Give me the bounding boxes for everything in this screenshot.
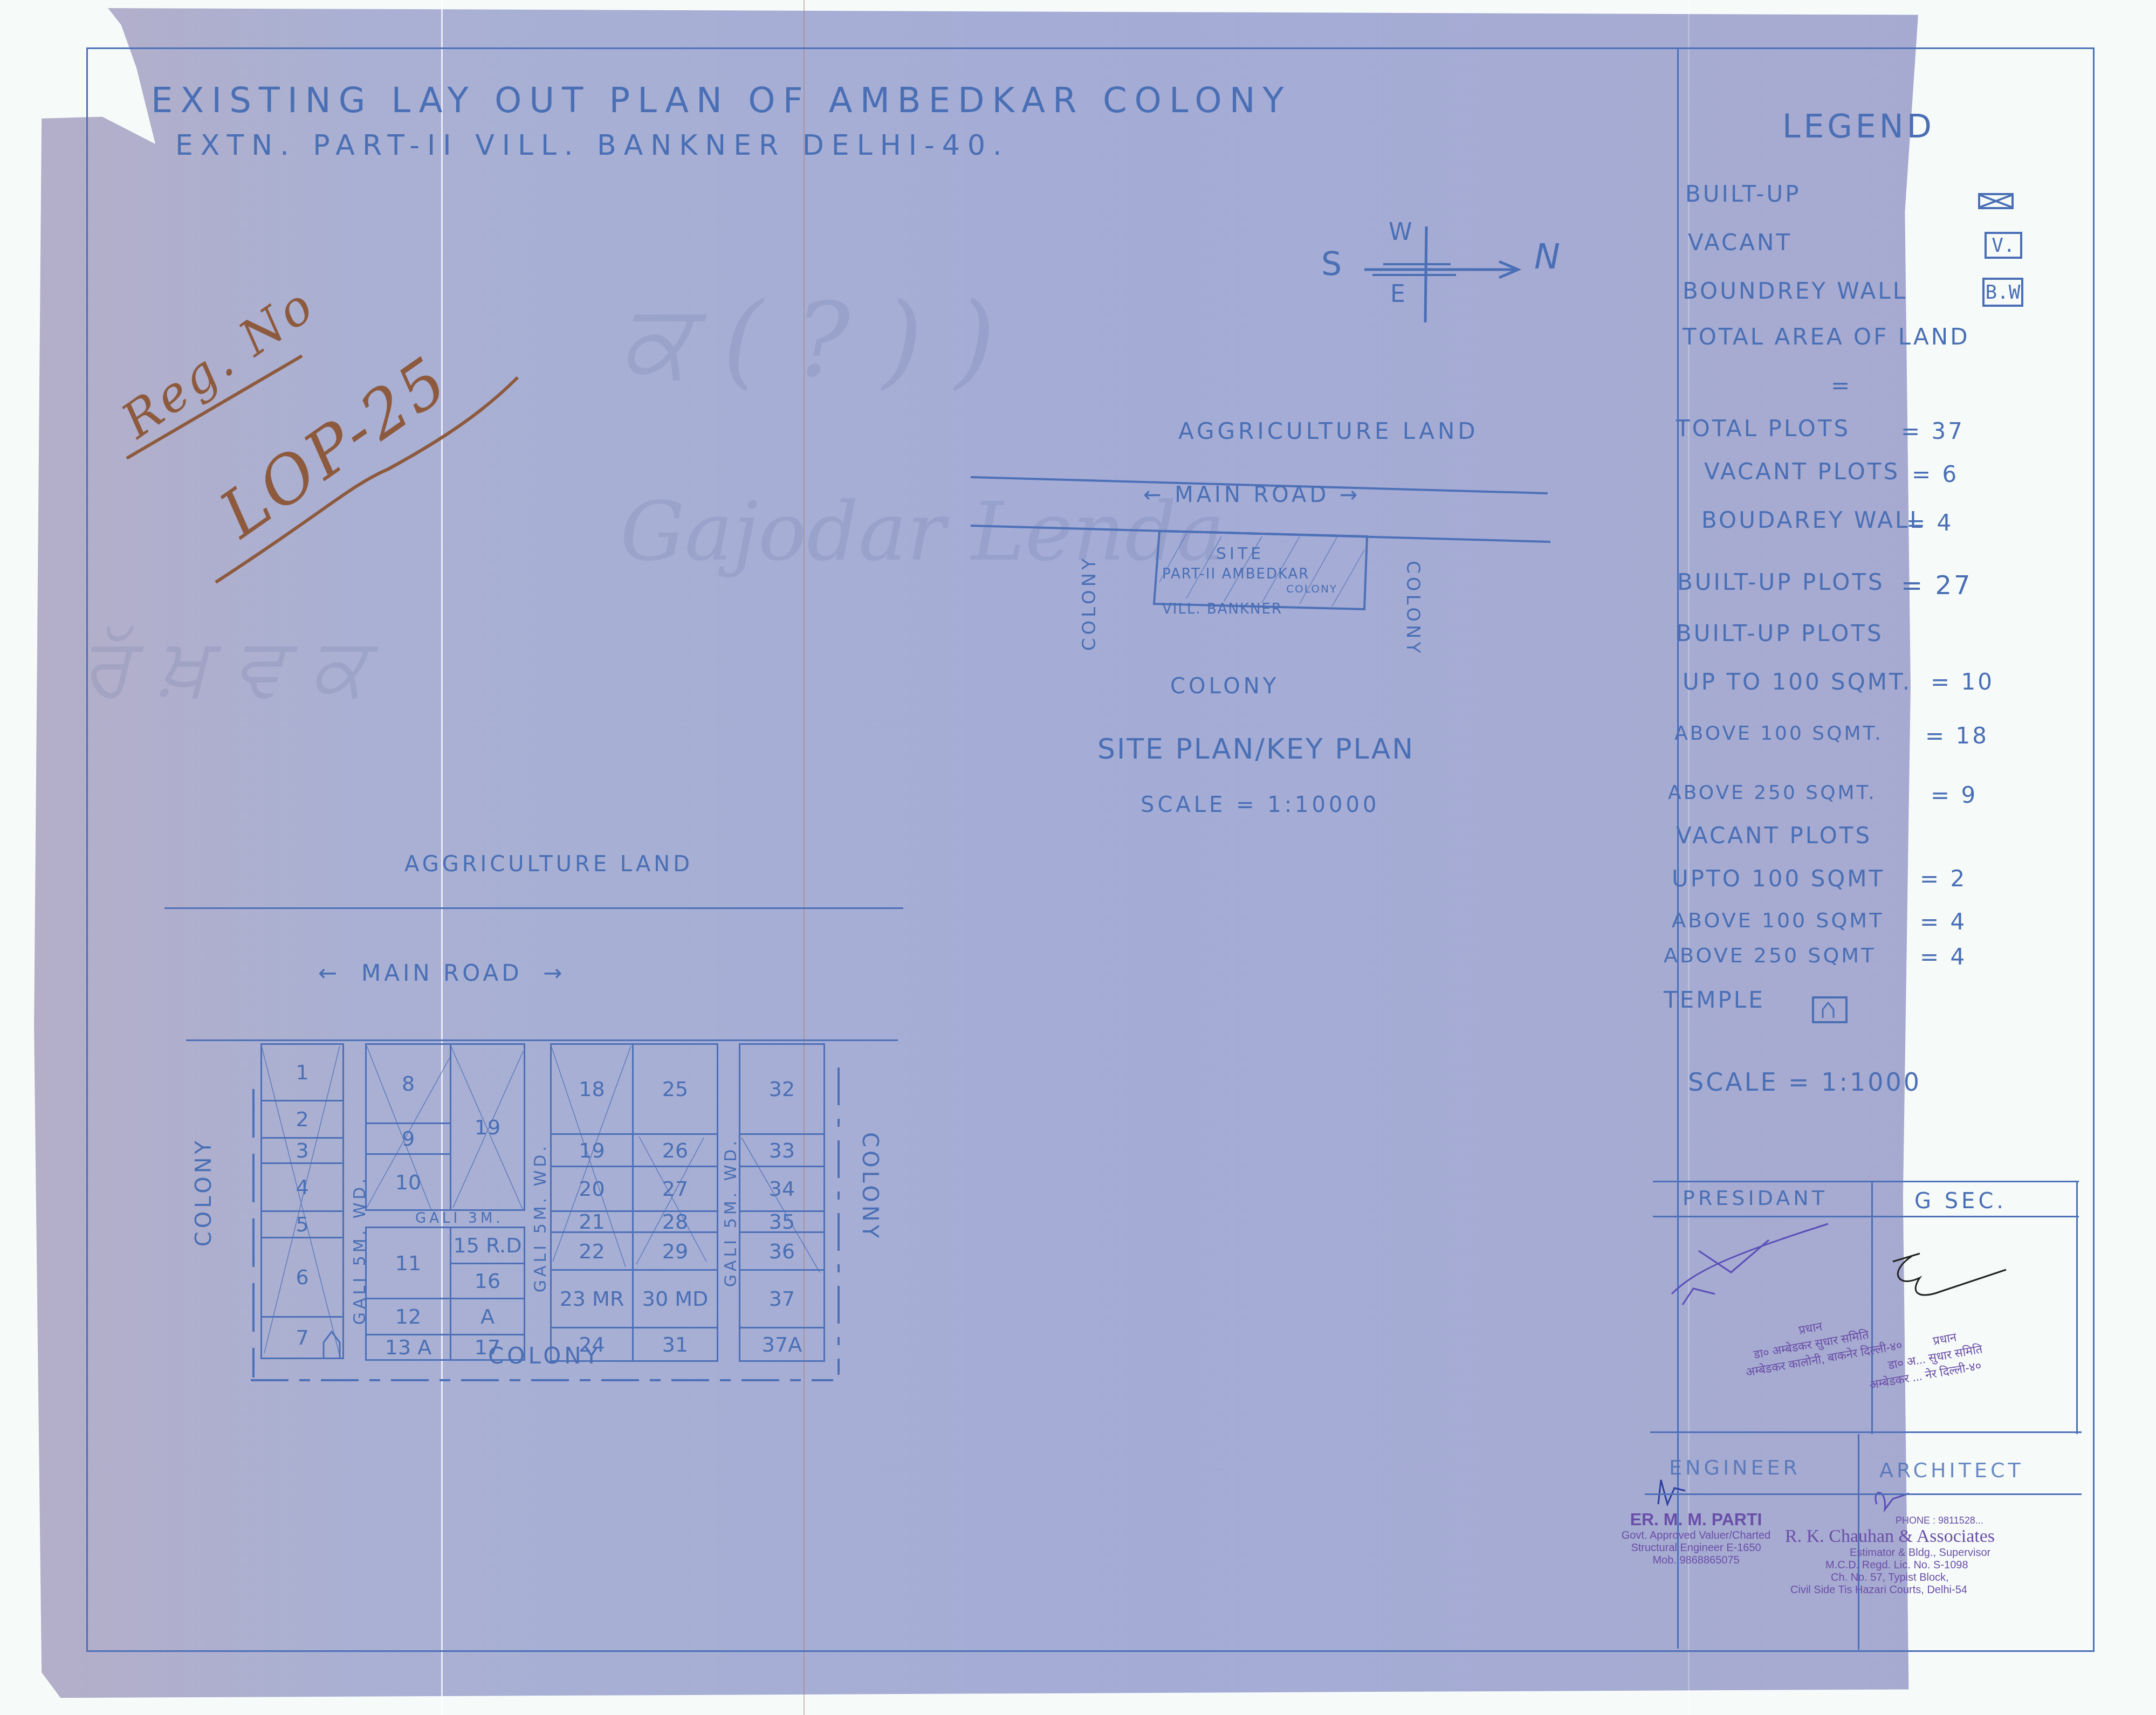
plot-36: 36 <box>739 1231 825 1271</box>
drawing-title-line2: EXTN. PART-II VILL. BANKNER DELHI-40. <box>175 129 1010 162</box>
plot-11: 11 <box>365 1227 451 1299</box>
plot-37: 37 <box>739 1269 825 1328</box>
plot-32: 32 <box>739 1043 825 1135</box>
plot-27: 27 <box>632 1166 718 1212</box>
built-up-heading: BUILT-UP PLOTS <box>1676 620 1884 646</box>
stat-total-plots-value: = 37 <box>1901 418 1965 444</box>
key-plan-right-colony: COLONY <box>1402 561 1424 656</box>
architect-line5: Civil Side Tis Hazari Courts, Delhi-54 <box>1785 1584 1995 1596</box>
legend-total-area-value: = <box>1831 372 1852 398</box>
architect-phone: PHONE : 9811528... <box>1785 1515 1995 1526</box>
built-up-above-100-label: ABOVE 100 SQMT. <box>1674 722 1883 745</box>
plot-22: 22 <box>550 1231 634 1271</box>
layout-left-colony: COLONY <box>191 1138 216 1246</box>
plot-23: 23 MR <box>550 1269 634 1328</box>
vacant-heading: VACANT PLOTS <box>1676 822 1872 849</box>
plot-2: 2 <box>260 1100 344 1139</box>
site-colony-label: COLONY <box>1286 582 1337 595</box>
engineer-header: ENGINEER <box>1669 1456 1801 1479</box>
legend-built-up-symbol <box>1978 193 2014 209</box>
plot-37a: 37A <box>739 1327 825 1362</box>
gali-label-2: GALI 5M. WD. <box>531 1143 550 1292</box>
engineer-stamp: ER. M. M. PARTI Govt. Approved Valuer/Ch… <box>1588 1510 1804 1567</box>
plot-33: 33 <box>739 1133 825 1167</box>
built-up-above-250-value: = 9 <box>1931 782 1978 808</box>
legend-vacant-label: VACANT <box>1688 229 1792 256</box>
cross-gali-label: GALI 3M. <box>415 1210 504 1227</box>
site-part-label: PART-II AMBEDKAR <box>1162 566 1309 582</box>
stat-total-plots-label: TOTAL PLOTS <box>1676 415 1850 442</box>
plot-4: 4 <box>260 1162 344 1212</box>
compass-south: S <box>1321 245 1345 283</box>
legend-title: LEGEND <box>1782 108 1935 146</box>
key-plan-bottom-colony: COLONY <box>1170 674 1279 699</box>
plot-19: 19 <box>550 1133 634 1167</box>
plot-9: 9 <box>365 1122 451 1155</box>
plot-16: 16 <box>450 1263 525 1299</box>
plot-21: 21 <box>550 1210 634 1233</box>
plot-35: 35 <box>739 1210 825 1233</box>
eng-table-line <box>1645 1493 2082 1495</box>
stat-built-up-plots-value: = 27 <box>1901 570 1973 601</box>
vacant-above-100-label: ABOVE 100 SQMT <box>1672 908 1884 932</box>
legend-built-up-label: BUILT-UP <box>1685 181 1801 207</box>
architect-line4: Ch. No. 57, Typist Block, <box>1785 1572 1995 1584</box>
built-up-above-250-label: ABOVE 250 SQMT. <box>1668 782 1877 804</box>
plot-8: 8 <box>365 1043 451 1124</box>
site-label: SITE <box>1216 545 1264 563</box>
legend-total-area-label: TOTAL AREA OF LAND <box>1683 323 1970 350</box>
engineer-name: ER. M. M. PARTI <box>1588 1510 1804 1530</box>
plot-30: 30 MD <box>632 1269 718 1328</box>
layout-right-colony: COLONY <box>857 1132 882 1241</box>
legend-boundary-wall-label: BOUNDREY WALL <box>1683 278 1907 304</box>
plot-5: 5 <box>260 1210 344 1238</box>
vacant-upto-100-value: = 2 <box>1920 865 1967 892</box>
layout-road-text: MAIN ROAD <box>361 960 523 986</box>
sig-table-right <box>2076 1181 2078 1434</box>
plot-6: 6 <box>260 1237 344 1318</box>
architect-name: R. K. Chauhan & Associates <box>1785 1526 1995 1547</box>
main-road-bottom-edge <box>186 1039 898 1041</box>
legend-vacant-symbol: V. <box>1985 232 2022 259</box>
key-plan-agriculture-label: AGGRICULTURE LAND <box>1178 418 1479 444</box>
engineer-line3: Structural Engineer E-1650 <box>1588 1542 1804 1554</box>
key-plan-caption: SITE PLAN/KEY PLAN <box>1097 733 1415 766</box>
plot-25: 25 <box>632 1043 718 1135</box>
plot-18: 18 <box>550 1043 634 1135</box>
stat-vacant-plots-value: = 6 <box>1912 461 1959 487</box>
gali-label-3: GALI 5M. WD. <box>722 1138 740 1287</box>
layout-bottom-colony: COLONY <box>488 1342 601 1369</box>
crossed-box-icon <box>1980 195 2011 207</box>
key-plan-road-label: ← MAIN ROAD → <box>1143 483 1361 507</box>
legend-scale: SCALE = 1:1000 <box>1688 1067 1921 1097</box>
plot-26: 26 <box>632 1133 718 1167</box>
key-plan-left-colony: COLONY <box>1079 555 1100 651</box>
plot-28: 28 <box>632 1210 718 1233</box>
legend-boundary-wall-symbol: B.W <box>1982 278 2023 307</box>
drawing-title-line1: EXISTING LAY OUT PLAN OF AMBEDKAR COLONY <box>151 81 1292 121</box>
key-plan-scale: SCALE = 1:10000 <box>1141 793 1379 817</box>
sig-table-top <box>1653 1181 2079 1182</box>
plot-31: 31 <box>632 1327 718 1362</box>
sig-table-divider <box>1871 1181 1873 1434</box>
architect-header: ARCHITECT <box>1879 1458 2024 1482</box>
plot-34: 34 <box>739 1166 825 1212</box>
plot-12: 12 <box>365 1298 451 1335</box>
stat-boundary-wall-label: BOUDAREY WALL <box>1701 507 1925 533</box>
built-up-upto-100-value: = 10 <box>1931 669 1994 695</box>
architect-stamp: PHONE : 9811528... R. K. Chauhan & Assoc… <box>1785 1515 1995 1596</box>
temple-icon <box>1822 1002 1838 1018</box>
layout-road-label: ← MAIN ROAD → <box>318 960 566 986</box>
built-up-above-100-value: = 18 <box>1925 722 1989 749</box>
compass-west: W <box>1389 218 1416 246</box>
plot-15: 15 R.D <box>450 1227 525 1264</box>
temple-label: TEMPLE <box>1664 987 1765 1013</box>
plot-3: 3 <box>260 1137 344 1164</box>
site-village-label: VILL. BANKNER <box>1162 601 1282 617</box>
layout-agriculture-label: AGGRICULTURE LAND <box>404 852 693 877</box>
president-header: PRESIDANT <box>1683 1186 1828 1210</box>
temple-symbol <box>1812 996 1848 1023</box>
gsec-header: G SEC. <box>1914 1189 2007 1214</box>
engineer-line4: Mob. 9868865075 <box>1588 1554 1804 1567</box>
sig-table-header-line <box>1653 1216 2079 1217</box>
vacant-upto-100-label: UPTO 100 SQMT <box>1672 865 1885 892</box>
plot-13a: 13 A <box>365 1334 451 1361</box>
compass-north: N <box>1534 237 1563 277</box>
vacant-above-100-value: = 4 <box>1920 908 1967 935</box>
stat-vacant-plots-label: VACANT PLOTS <box>1704 458 1900 485</box>
key-plan-road-text: MAIN ROAD <box>1175 483 1329 507</box>
plot-20: 20 <box>550 1166 634 1212</box>
vacant-above-250-label: ABOVE 250 SQMT <box>1664 943 1876 967</box>
plot-10: 10 <box>365 1153 451 1211</box>
built-up-upto-100-label: UP TO 100 SQMT. <box>1683 669 1912 695</box>
plot-29: 29 <box>632 1231 718 1271</box>
architect-line3: M.C.D. Regd. Lic. No. S-1098 <box>1785 1559 1995 1572</box>
main-road-top-edge <box>164 907 903 909</box>
stat-boundary-wall-value: = 4 <box>1906 509 1953 536</box>
vacant-above-250-value: = 4 <box>1920 943 1967 970</box>
stat-built-up-plots-label: BUILT-UP PLOTS <box>1677 569 1885 595</box>
signatures-icon <box>0 0 1 1</box>
architect-line2: Estimator & Bldg., Supervisor <box>1785 1547 1995 1559</box>
engineer-line2: Govt. Approved Valuer/Charted <box>1588 1530 1804 1542</box>
plot-a: A <box>450 1298 525 1335</box>
compass-east: E <box>1390 280 1409 308</box>
sig-table-bottom <box>1650 1431 2082 1433</box>
